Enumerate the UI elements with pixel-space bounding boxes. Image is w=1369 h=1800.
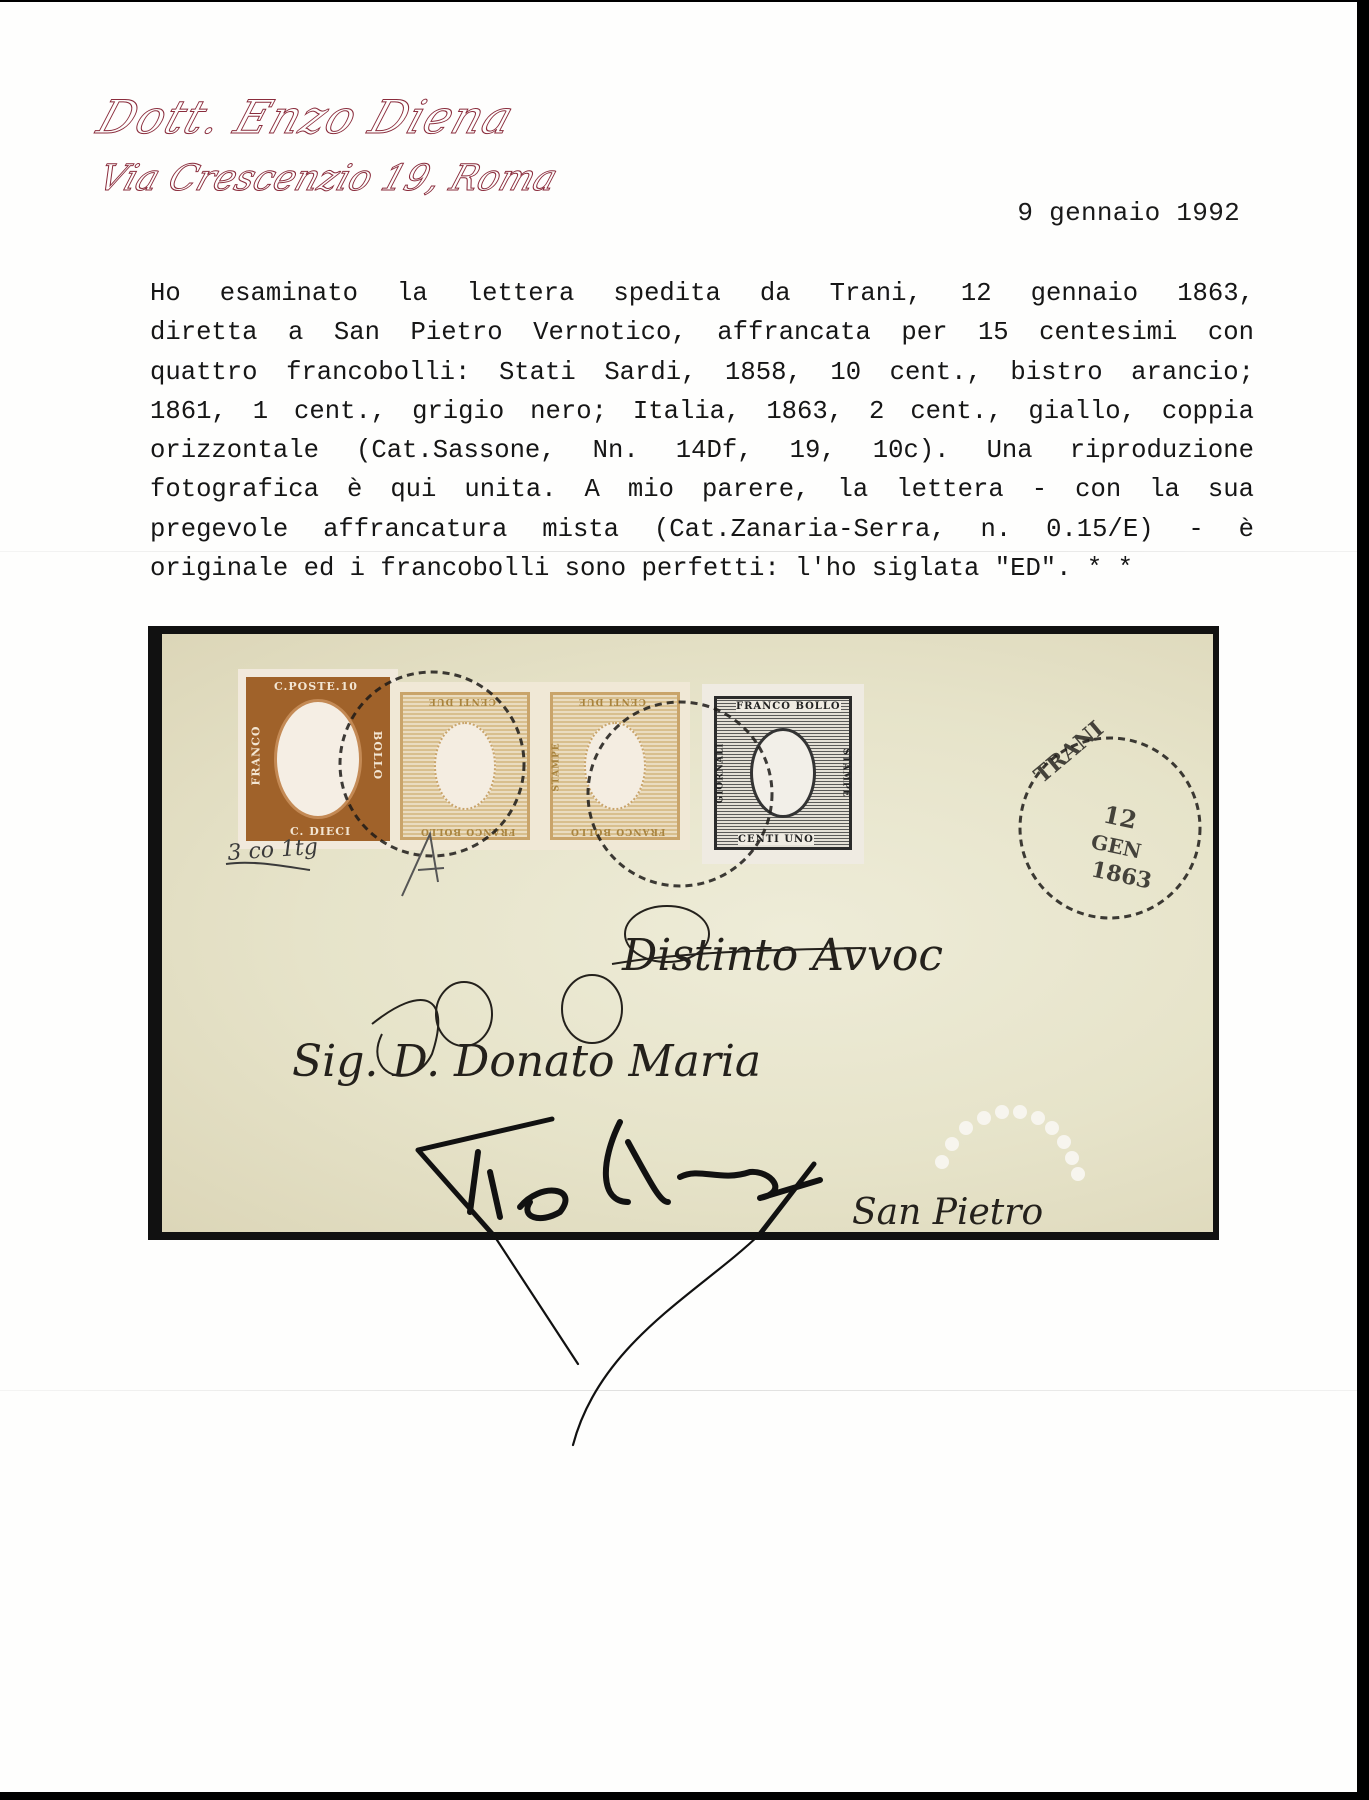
text-line: Ho esaminato la lettera spedita da Trani… [150,274,1254,313]
postmark-icon [340,672,524,856]
svg-text:12: 12 [1101,800,1140,835]
certificate-date: 9 gennaio 1992 [1017,198,1240,228]
svg-text:TRANI: TRANI [1029,716,1109,789]
certificate-text: Ho esaminato la lettera spedita da Trani… [150,274,1254,588]
text-line: fotografica è qui unita. A mio parere, l… [150,470,1254,509]
letterhead: Dott. Enzo Diena Via Crescenzio 19, Roma [100,86,556,206]
postmarks-and-script: 12 GEN 1863 TRANI 3 co 1tg [162,634,1213,1232]
text-line: quattro francobolli: Stati Sardi, 1858, … [150,353,1254,392]
text-line: pregevole affrancatura mista (Cat.Zanari… [150,510,1254,549]
svg-text:1863: 1863 [1089,856,1154,894]
svg-text:San Pietro: San Pietro [852,1192,1043,1232]
cover-photograph: C.POSTE.10 C. DIECI FRANCO BOLLO CENTI D… [148,626,1219,1240]
svg-text:Distinto Avvoc: Distinto Avvoc [621,930,943,981]
certificate-sheet: Dott. Enzo Diena Via Crescenzio 19, Roma… [0,2,1357,1792]
text-line: orizzontale (Cat.Sassone, Nn. 14Df, 19, … [150,431,1254,470]
expert-name: Dott. Enzo Diena [90,86,566,148]
text-line: originale ed i francobolli sono perfetti… [150,549,1254,588]
expert-address: Via Crescenzio 19, Roma [91,152,564,206]
text-line: diretta a San Pietro Vernotico, affranca… [150,313,1254,352]
svg-text:Sig. D. Donato Maria: Sig. D. Donato Maria [292,1036,761,1087]
text-line: 1861, 1 cent., grigio nero; Italia, 1863… [150,392,1254,431]
fold-line [0,1390,1357,1391]
postmark-icon [588,702,772,886]
svg-text:3 co 1tg: 3 co 1tg [227,835,319,866]
envelope: C.POSTE.10 C. DIECI FRANCO BOLLO CENTI D… [162,634,1213,1232]
